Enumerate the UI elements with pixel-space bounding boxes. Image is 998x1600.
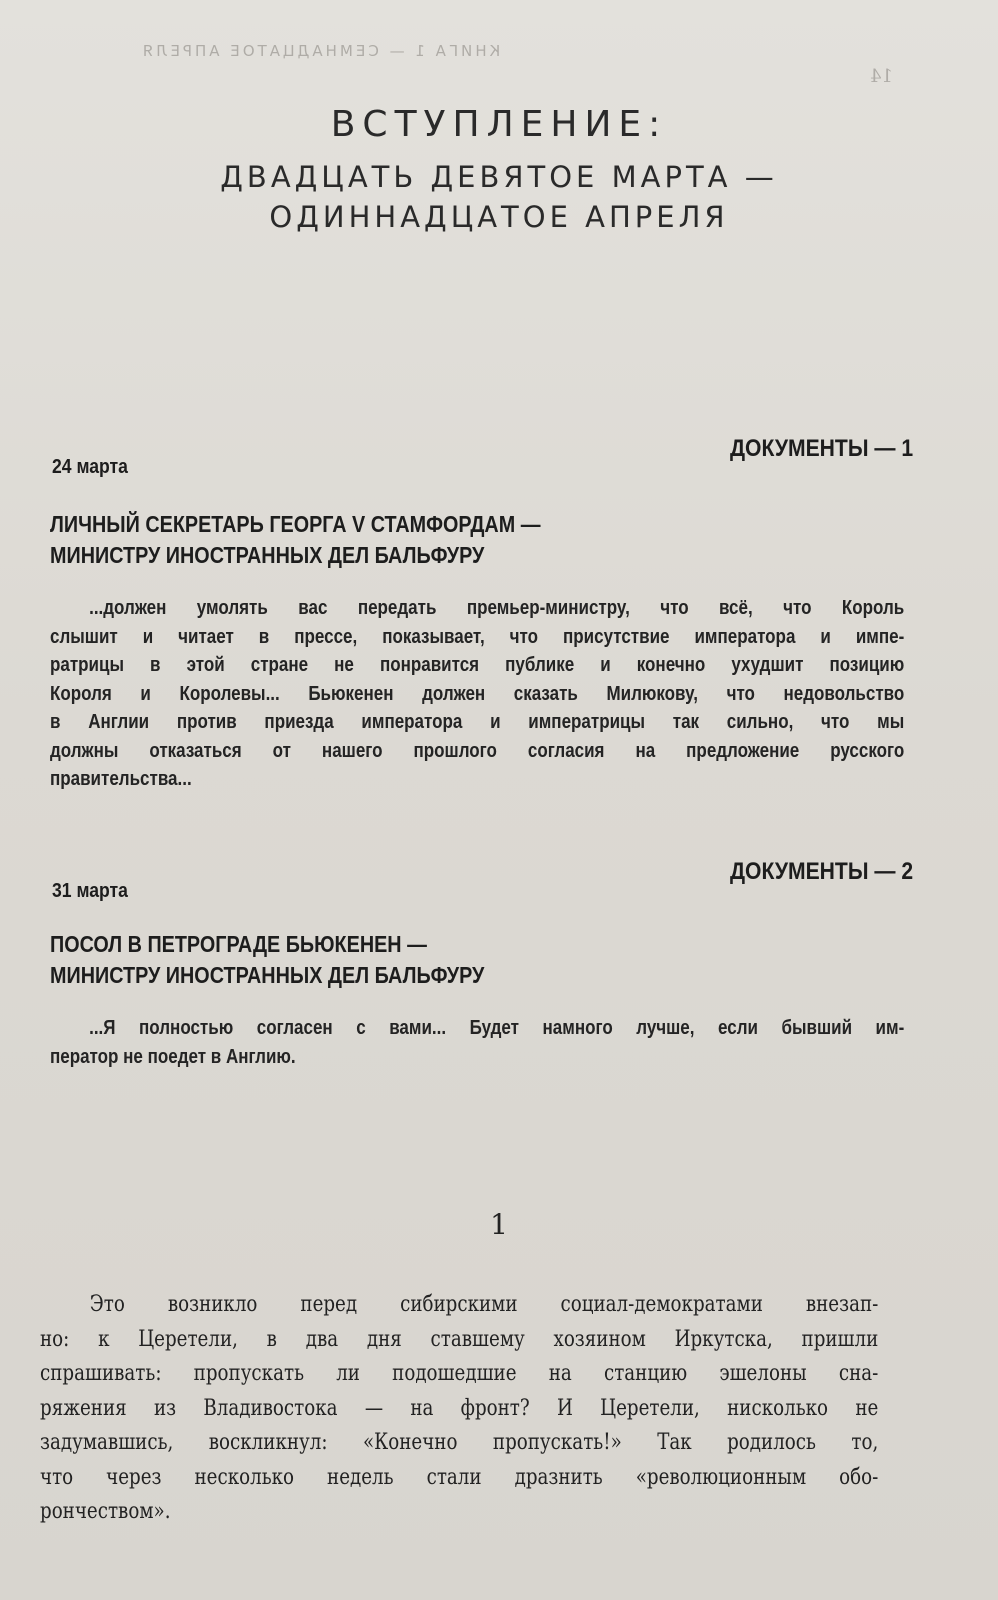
document-address: ПОСОЛ В ПЕТРОГРАДЕ БЬЮКЕНЕН — МИНИСТРУ И… (50, 929, 484, 991)
chapter-text: Это возникло перед сибирскими социал-дем… (40, 1288, 878, 1530)
address-line: МИНИСТРУ ИНОСТРАННЫХ ДЕЛ БАЛЬФУРУ (50, 960, 484, 991)
body-line: ...Я полностью согласен с вами... Будет … (50, 1014, 904, 1043)
body-line: слышит и читает в прессе, показывает, чт… (50, 623, 904, 652)
text-line: что через несколько недель стали дразнит… (40, 1461, 878, 1496)
body-line: Короля и Королевы... Бьюкенен должен ска… (50, 680, 904, 709)
address-line: ЛИЧНЫЙ СЕКРЕТАРЬ ГЕОРГА V СТАМФОРДАМ — (50, 509, 540, 540)
text-line: рончеством». (40, 1495, 878, 1530)
bleed-through-running-header: КНИГА 1 — СЕМНАДЦАТОЕ АПРЕЛЯ (60, 42, 580, 60)
body-line: должны отказаться от нашего прошлого сог… (50, 737, 904, 766)
chapter-number: 1 (0, 1208, 998, 1241)
address-line: МИНИСТРУ ИНОСТРАННЫХ ДЕЛ БАЛЬФУРУ (50, 540, 540, 571)
document-heading: ДОКУМЕНТЫ — 2 (730, 858, 913, 886)
text-line: задумавшись, воскликнул: «Конечно пропус… (40, 1426, 878, 1461)
body-line: ...должен умолять вас передать премьер-м… (50, 594, 904, 623)
text-line: ряжения из Владивостока — на фронт? И Це… (40, 1392, 878, 1427)
body-line: ператор не поедет в Англию. (50, 1043, 904, 1072)
document-heading: ДОКУМЕНТЫ — 1 (730, 435, 913, 463)
section-title: ВСТУПЛЕНИЕ: (0, 104, 998, 145)
section-subtitle-line-1: ДВАДЦАТЬ ДЕВЯТОЕ МАРТА — (0, 160, 998, 194)
bleed-through-page-number: 14 (870, 66, 893, 87)
body-line: ратрицы в этой стране не понравится публ… (50, 651, 904, 680)
document-body: ...должен умолять вас передать премьер-м… (50, 594, 904, 794)
body-line: правительства... (50, 765, 904, 794)
body-line: в Англии против приезда императора и имп… (50, 708, 904, 737)
address-line: ПОСОЛ В ПЕТРОГРАДЕ БЬЮКЕНЕН — (50, 929, 484, 960)
text-line: но: к Церетели, в два дня ставшему хозяи… (40, 1323, 878, 1358)
document-body: ...Я полностью согласен с вами... Будет … (50, 1014, 904, 1071)
document-address: ЛИЧНЫЙ СЕКРЕТАРЬ ГЕОРГА V СТАМФОРДАМ — М… (50, 509, 540, 571)
document-date: 31 марта (52, 880, 128, 903)
text-line: спрашивать: пропускать ли подошедшие на … (40, 1357, 878, 1392)
document-date: 24 марта (52, 456, 128, 479)
section-subtitle-line-2: ОДИННАДЦАТОЕ АПРЕЛЯ (0, 200, 998, 234)
book-page: КНИГА 1 — СЕМНАДЦАТОЕ АПРЕЛЯ 14 ВСТУПЛЕН… (0, 0, 998, 1600)
text-line: Это возникло перед сибирскими социал-дем… (40, 1288, 878, 1323)
